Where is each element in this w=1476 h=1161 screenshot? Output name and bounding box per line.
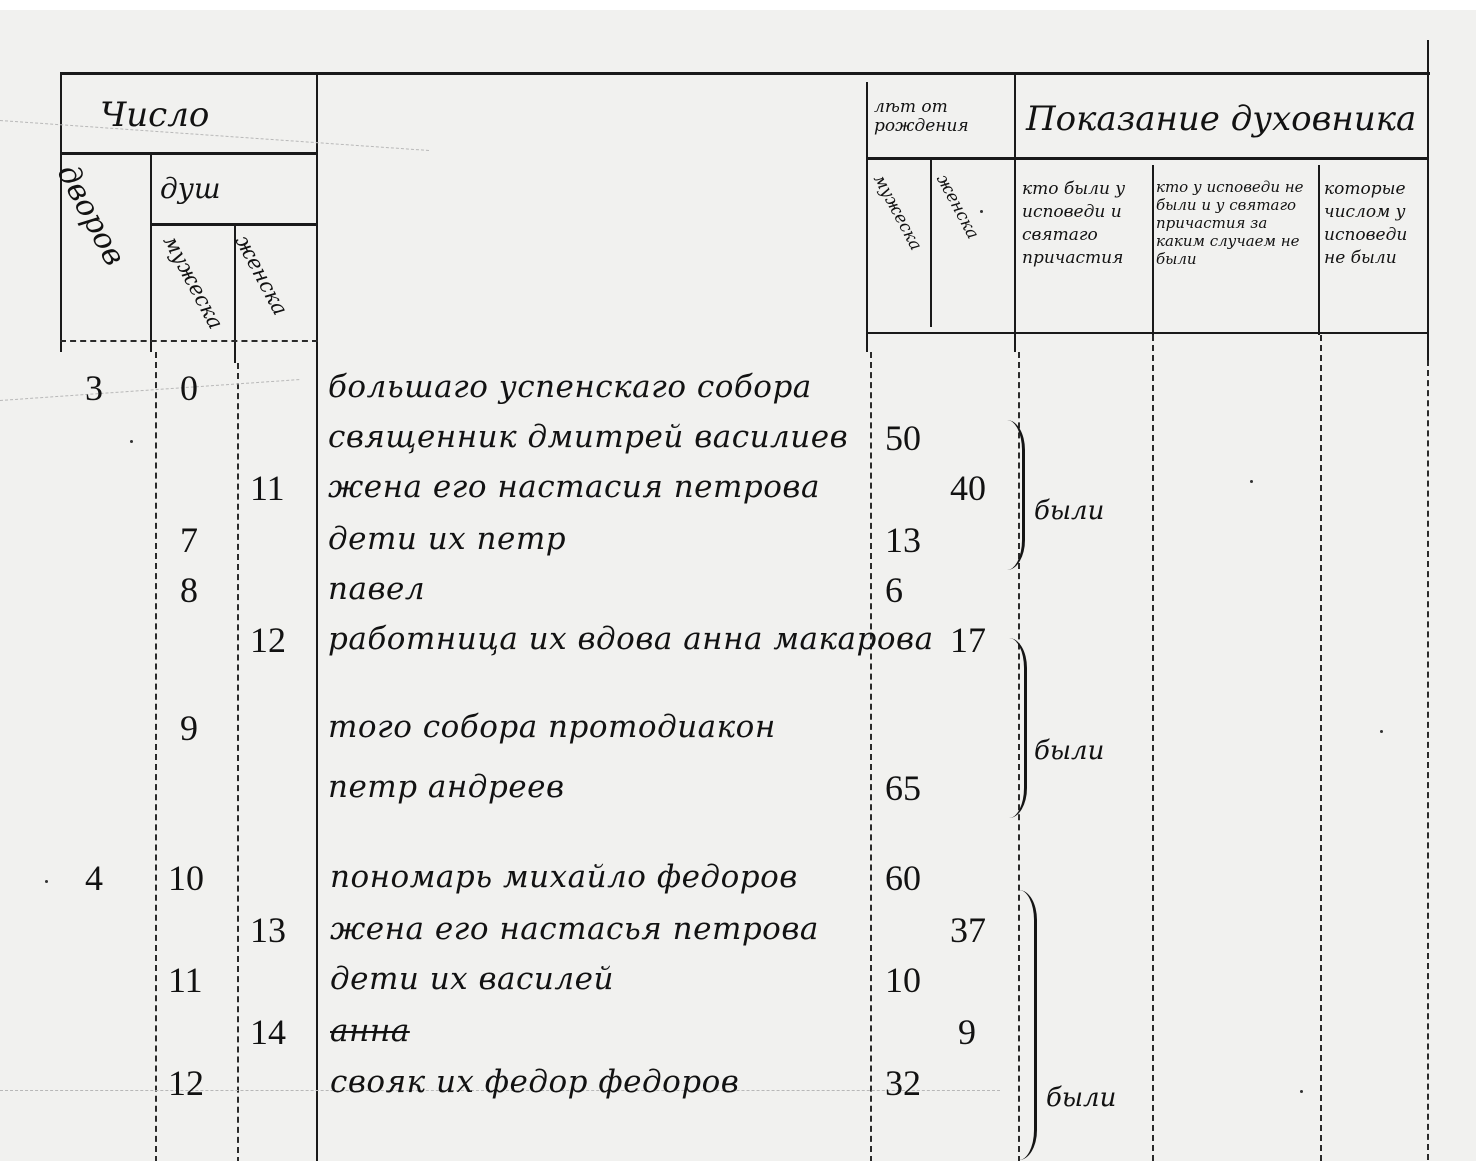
brace-note: были [1034, 738, 1104, 764]
entry-text: того собора протодиакон [328, 712, 776, 743]
age-sex-rule [930, 157, 932, 327]
male-number: 9 [180, 710, 198, 746]
testimony-col3-rule [1318, 165, 1320, 335]
testimony-left-rule [1014, 72, 1016, 352]
entry-text: работница их вдова анна макарова [328, 624, 934, 655]
entry-text: жена его настасия петрова [328, 472, 820, 503]
count-subrule [60, 152, 318, 155]
female-number: 13 [250, 912, 286, 948]
stray-line [0, 120, 429, 151]
left-rule [60, 72, 62, 352]
right-rule [1427, 40, 1429, 360]
speck [130, 440, 133, 443]
speck [45, 880, 48, 883]
entry-text: павел [328, 574, 425, 605]
entry-text: жена его настасья петрова [330, 914, 819, 945]
right-rule-dashed [1427, 360, 1429, 1160]
testimony-col-not-confessed: кто у исповеди не были и у святаго прича… [1156, 178, 1316, 268]
speck [1380, 730, 1383, 733]
age-col-left-rule [866, 82, 868, 352]
female-number: 11 [250, 470, 285, 506]
age-testimony-subrule [866, 157, 1429, 160]
testimony-col-count: которые числом у исповеди не были [1324, 178, 1424, 270]
testimony-header: Показание духовника [1026, 102, 1416, 136]
household-number: 4 [85, 860, 103, 896]
age-female: 9 [958, 1014, 976, 1050]
entry-text: пономарь михайло федоров [330, 862, 798, 893]
brace-family-3 [1012, 890, 1037, 1160]
male-number: 8 [180, 572, 198, 608]
text-col-left-rule [316, 72, 318, 1161]
age-header: лѣт от рождения [874, 98, 1014, 135]
households-col-rule [150, 152, 152, 352]
male-number: 0 [180, 370, 198, 406]
brace-family-2 [1002, 638, 1027, 818]
entry-text: священник дмитрей василиев [328, 422, 848, 453]
age-male: 32 [885, 1065, 921, 1101]
entry-text: свояк их федор федоров [330, 1067, 739, 1098]
brace-note: были [1046, 1085, 1116, 1111]
male-number: 11 [168, 962, 203, 998]
male-number: 7 [180, 522, 198, 558]
sex-col-dashed [237, 363, 239, 1161]
age-male: 60 [885, 860, 921, 896]
age-testimony-bottom [866, 332, 1429, 334]
age-col-dashed [870, 352, 872, 1161]
brace-family-1 [1000, 420, 1025, 570]
male-number: 10 [168, 860, 204, 896]
testimony-col2-rule [1152, 165, 1154, 335]
age-female-header: женска [933, 172, 981, 242]
struck-entry: анна [330, 1016, 410, 1047]
age-male: 6 [885, 572, 903, 608]
table-top-rule [60, 72, 1430, 75]
register-page: Число дворов душ мужеска женска лѣт от р… [0, 10, 1476, 1161]
souls-header: душ [160, 175, 221, 203]
speck [1250, 480, 1253, 483]
testimony-col-confessed: кто были у исповеди и святаго причастия [1022, 178, 1148, 270]
entry-text: дети их василей [330, 964, 614, 995]
speck [980, 210, 983, 213]
age-male: 13 [885, 522, 921, 558]
age-male: 10 [885, 962, 921, 998]
speck [1300, 1090, 1303, 1093]
testimony-col3-dashed [1320, 335, 1322, 1161]
entry-text: петр андреев [328, 772, 565, 803]
entry-text: дети их петр [328, 524, 566, 555]
male-number: 12 [168, 1065, 204, 1101]
age-female: 40 [950, 470, 986, 506]
stray-line [0, 379, 299, 401]
age-female: 17 [950, 622, 986, 658]
count-header-bottom [60, 340, 318, 342]
households-header: дворов [52, 160, 130, 271]
household-number: 3 [85, 370, 103, 406]
age-male: 50 [885, 420, 921, 456]
male-header: мужеска [159, 232, 226, 333]
age-female: 37 [950, 912, 986, 948]
female-number: 12 [250, 622, 286, 658]
scan-border [0, 0, 1476, 10]
count-header: Число [100, 98, 209, 132]
brace-note: были [1034, 498, 1104, 524]
households-col-dashed [155, 352, 157, 1161]
testimony-col2-dashed [1152, 335, 1154, 1161]
female-number: 14 [250, 1014, 286, 1050]
age-male-header: мужеска [870, 172, 924, 253]
age-male: 65 [885, 770, 921, 806]
female-header: женска [231, 232, 290, 319]
entry-text: большаго успенскаго собора [328, 372, 812, 403]
